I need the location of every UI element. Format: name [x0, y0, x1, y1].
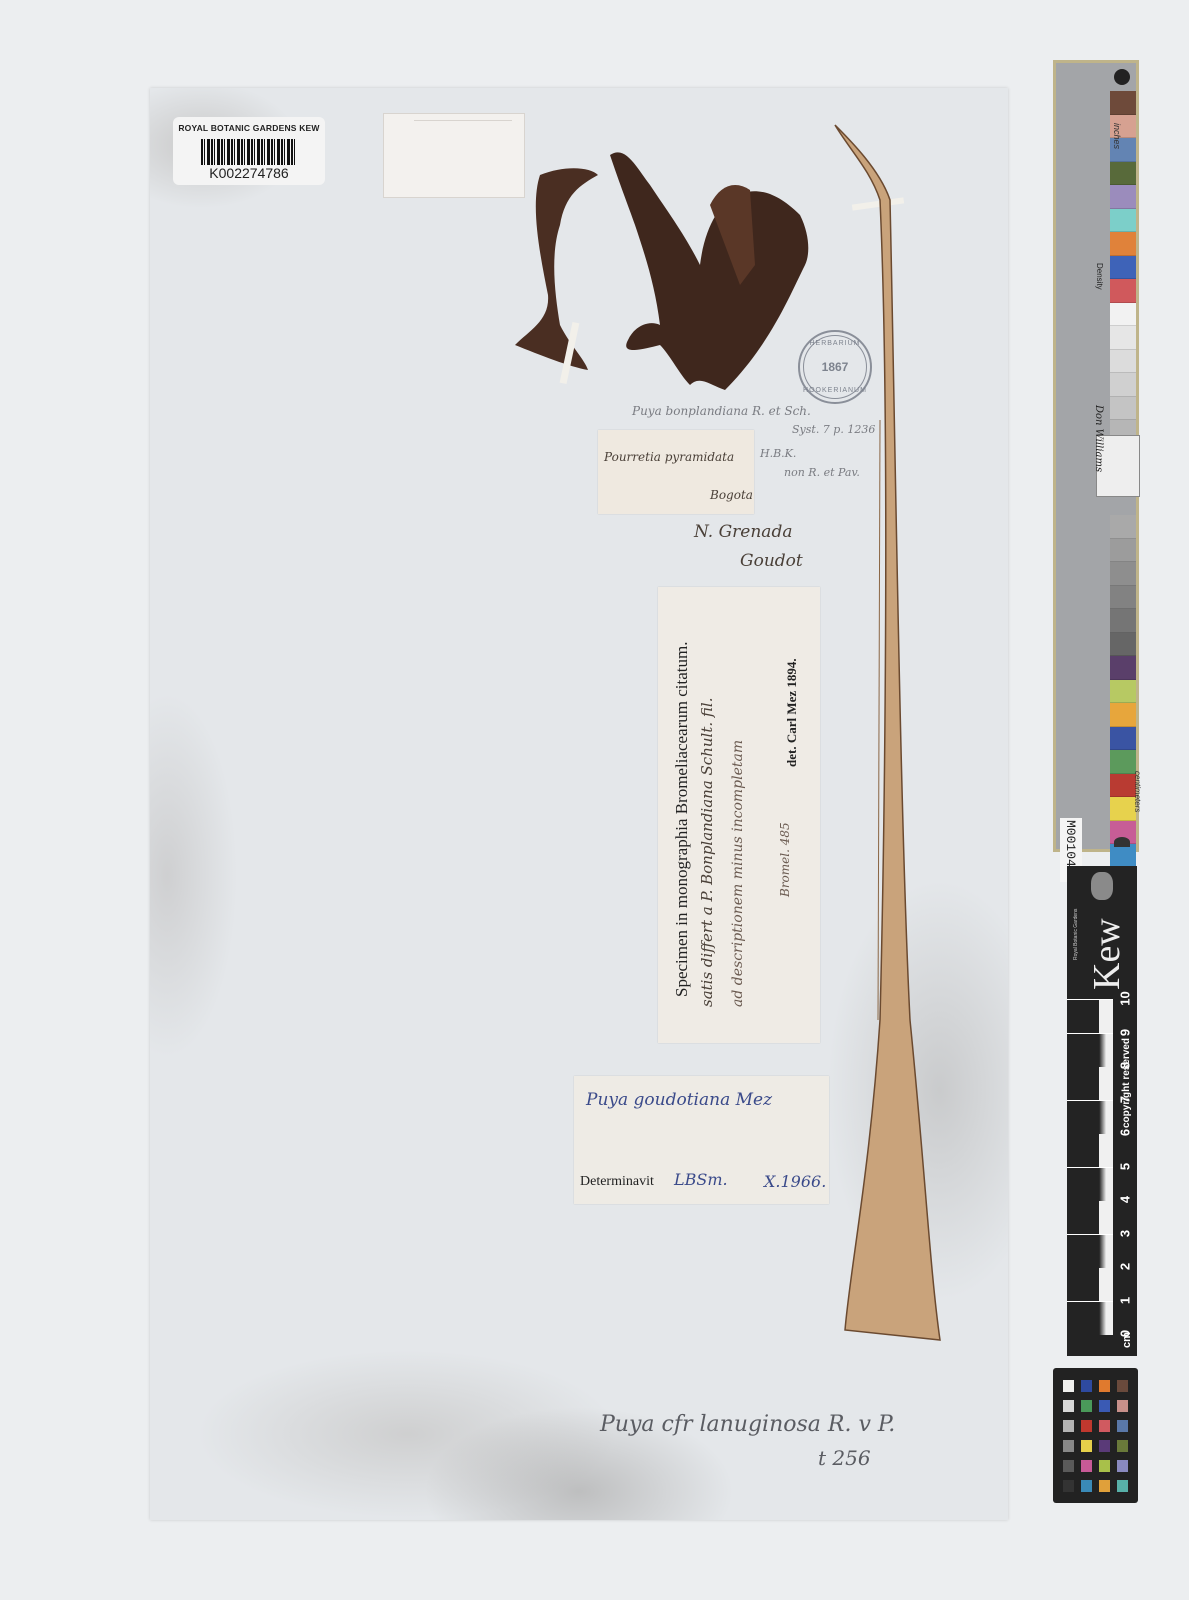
color-swatch — [1063, 1460, 1074, 1472]
color-chip — [1110, 703, 1136, 727]
color-chip — [1110, 633, 1136, 657]
mez-handwritten-line-2: ad descriptionem minus incompletam — [730, 740, 746, 1007]
color-bar-footer: centimeters — [1133, 771, 1142, 812]
mez-handwritten-line-1: satis differt a P. Bonplandiana Schult. … — [698, 698, 716, 1007]
kew-crest-icon — [1091, 872, 1113, 900]
pencil-reference-2: H.B.K. — [760, 447, 796, 460]
color-swatch — [1099, 1480, 1110, 1492]
kew-subtitle: Royal Botanic Gardens — [1073, 909, 1079, 960]
mez-bromel-note: Bromel. 485 — [778, 822, 792, 897]
color-swatch — [1081, 1420, 1092, 1432]
scale-tick-label: 10 — [1118, 989, 1133, 1009]
pencil-reference-3: non R. et Pav. — [784, 466, 860, 479]
scale-tick-label: 9 — [1118, 1022, 1133, 1042]
color-swatch — [1063, 1400, 1074, 1412]
scale-tick-label: 8 — [1118, 1056, 1133, 1076]
barcode-icon — [201, 139, 297, 165]
color-swatch — [1117, 1400, 1128, 1412]
scale-segment — [1067, 1301, 1113, 1335]
kew-brand: Kew — [1085, 918, 1129, 990]
color-chip — [1110, 397, 1136, 421]
scale-segment — [1067, 1200, 1113, 1234]
color-bar-title: inches — [1112, 123, 1122, 149]
color-chip — [1110, 373, 1136, 397]
mez-label: Specimen in monographia Bromeliacearum c… — [658, 587, 820, 1043]
collector-name: Goudot — [740, 551, 803, 571]
scale-segment — [1067, 1066, 1113, 1100]
color-chip — [1110, 844, 1136, 868]
color-chips-bottom — [1110, 515, 1136, 868]
color-swatch — [1063, 1480, 1074, 1492]
color-chip — [1110, 303, 1136, 327]
kew-scale-bar: Kew Royal Botanic Gardens copyright rese… — [1067, 866, 1137, 1356]
pencil-determination: Puya bonplandiana R. et Sch. — [632, 404, 811, 418]
scale-segment — [1067, 1100, 1113, 1134]
color-chip — [1110, 609, 1136, 633]
determination-label: Puya goudotiana Mez Determinavit LBSm. X… — [574, 1076, 829, 1204]
scale-tick-label: 3 — [1118, 1223, 1133, 1243]
mez-printed-line: Specimen in monographia Bromeliacearum c… — [672, 642, 692, 997]
barcode-label: ROYAL BOTANIC GARDENS KEW K002274786 — [173, 117, 325, 185]
color-chip — [1110, 209, 1136, 233]
color-swatch — [1099, 1420, 1110, 1432]
color-swatch — [1081, 1460, 1092, 1472]
color-bar-brand: Don Williams — [1093, 405, 1104, 472]
scale-tick-label: 2 — [1118, 1257, 1133, 1277]
scale-segment — [1067, 1133, 1113, 1167]
color-swatch — [1081, 1400, 1092, 1412]
color-chip — [1110, 750, 1136, 774]
determinavit-prefix: Determinavit — [580, 1174, 654, 1190]
color-swatch — [1063, 1380, 1074, 1392]
bottom-pencil-note: Puya cfr lanuginosa R. v P. — [600, 1412, 895, 1437]
determiner-initials: LBSm. — [674, 1170, 728, 1189]
color-swatch — [1081, 1380, 1092, 1392]
determined-name: Puya goudotiana Mez — [586, 1090, 772, 1110]
color-swatch — [1099, 1380, 1110, 1392]
scale-tick-label: 5 — [1118, 1156, 1133, 1176]
color-swatch — [1099, 1460, 1110, 1472]
scale-segment — [1067, 1167, 1113, 1201]
color-chip — [1110, 562, 1136, 586]
color-swatch — [1117, 1420, 1128, 1432]
color-chip — [1110, 515, 1136, 539]
color-calibration-bar: inches Don Williams Density centimeters … — [1053, 60, 1139, 852]
color-swatch — [1117, 1380, 1128, 1392]
scale-tick-label: 0 — [1118, 1324, 1133, 1344]
color-chip — [1110, 727, 1136, 751]
color-bar-density-label: Density — [1095, 263, 1104, 290]
color-chip — [1110, 656, 1136, 680]
color-chip — [1110, 326, 1136, 350]
color-chip — [1110, 185, 1136, 209]
dried-inflorescence — [510, 145, 830, 395]
color-chip — [1110, 350, 1136, 374]
scale-segment — [1067, 1267, 1113, 1301]
dried-leaf — [830, 120, 950, 1350]
pencil-reference-1: Syst. 7 p. 1236 — [792, 423, 875, 436]
original-label: Pourretia pyramidata Bogota — [598, 430, 754, 514]
color-swatch — [1099, 1440, 1110, 1452]
color-swatch — [1081, 1480, 1092, 1492]
collector-region: N. Grenada — [694, 522, 792, 542]
color-swatch — [1099, 1400, 1110, 1412]
color-chip — [1110, 680, 1136, 704]
kew-copyright: copyright reserved — [1121, 1038, 1132, 1128]
determination-date: X.1966. — [764, 1172, 826, 1191]
color-swatch — [1063, 1420, 1074, 1432]
color-swatch — [1063, 1440, 1074, 1452]
scale-tick-label: 1 — [1118, 1290, 1133, 1310]
color-chip — [1110, 162, 1136, 186]
color-swatch — [1117, 1480, 1128, 1492]
color-swatch — [1081, 1440, 1092, 1452]
color-bar-dot-bottom — [1114, 837, 1130, 847]
color-chip — [1110, 586, 1136, 610]
fragment-packet — [383, 113, 525, 198]
scale-tick-label: 6 — [1118, 1123, 1133, 1143]
bottom-pencil-reference: t 256 — [818, 1446, 871, 1470]
mez-determiner: det. Carl Mez 1894. — [784, 658, 800, 767]
color-chip — [1110, 91, 1136, 115]
institution-name: ROYAL BOTANIC GARDENS KEW — [173, 123, 325, 133]
color-chip — [1110, 279, 1136, 303]
color-swatch — [1117, 1460, 1128, 1472]
barcode-number: K002274786 — [173, 165, 325, 181]
scale-segment — [1067, 1033, 1113, 1067]
scale-segment — [1067, 999, 1113, 1033]
color-chip — [1110, 256, 1136, 280]
scale-tick-label: 4 — [1118, 1190, 1133, 1210]
color-bar-dot-top — [1114, 69, 1130, 85]
macbeth-color-checker — [1053, 1368, 1138, 1503]
scale-segment — [1067, 1234, 1113, 1268]
scale-tick-label: 7 — [1118, 1089, 1133, 1109]
color-swatch — [1117, 1440, 1128, 1452]
color-chip — [1110, 539, 1136, 563]
color-chip — [1110, 232, 1136, 256]
